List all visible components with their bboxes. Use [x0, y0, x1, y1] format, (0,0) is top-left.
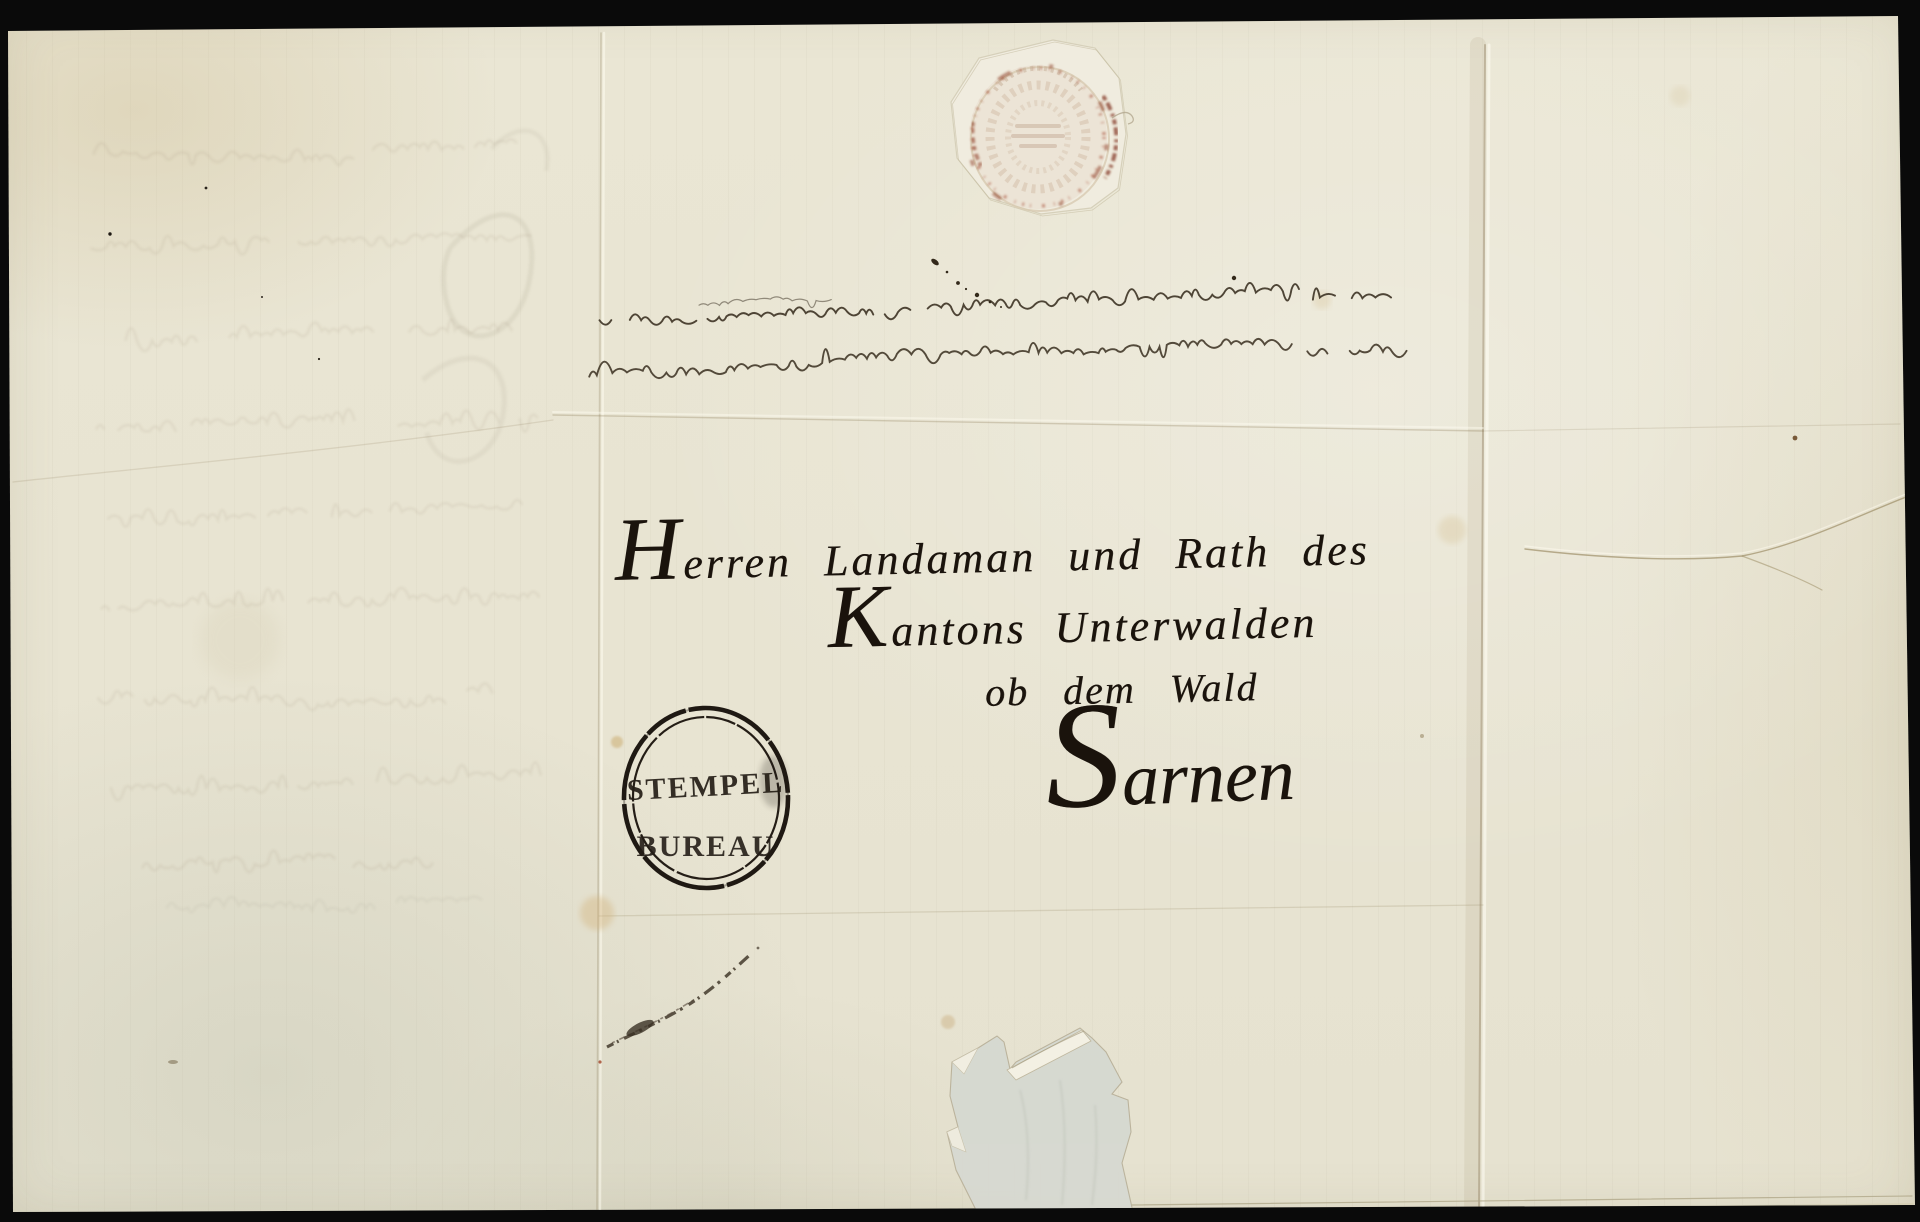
ghost-script-line [126, 318, 512, 351]
ghost-script-line [167, 893, 481, 916]
ghost-script-line [108, 500, 522, 527]
foxing-spot [941, 1015, 955, 1029]
fold-crease-horizontal-top-highlight [553, 412, 1483, 428]
ink-spatter-blob [930, 257, 940, 266]
ink-spatter-dot [946, 271, 949, 274]
fold-crease-horizontal-top-right [1483, 424, 1900, 431]
ghost-flourish [423, 358, 506, 462]
postmark-text-bureau: BUREAU [637, 830, 776, 863]
stacked-sheet-edge-1 [1130, 1196, 1912, 1205]
foxing-spot [580, 896, 614, 930]
ghost-flourish [442, 214, 533, 336]
tear-patch [947, 1028, 1133, 1212]
seal-text-line [1019, 144, 1057, 148]
ghost-script-line [143, 848, 433, 874]
note-line-2 [589, 331, 1407, 383]
ink-spatter-dot [1000, 306, 1002, 308]
tear-crease-right-highlight [1525, 494, 1906, 556]
paper-speck [318, 358, 320, 360]
tear-crease-right-branch [1742, 556, 1822, 590]
ink-smear-stroke [612, 999, 695, 1043]
stacked-sheet-edge-2 [1150, 1204, 1913, 1212]
postmark-text-stempel: STEMPEL [626, 766, 785, 807]
foxing-spot [611, 736, 623, 748]
paper-speck [1420, 734, 1424, 738]
note-line-1 [599, 278, 1391, 328]
wax-seal-wafer [945, 40, 1133, 231]
ink-smear-blotch [624, 1017, 655, 1040]
note-line-1-overstroke [699, 295, 832, 311]
foxing-spot [1670, 86, 1690, 106]
paper-speck [1793, 436, 1798, 441]
postmark-stamp: STEMPEL BUREAU [618, 702, 795, 893]
paper-speck [168, 1060, 178, 1064]
scanned-letter-photo: Herren Landaman und Rath des Kantons Unt… [0, 0, 1920, 1222]
inverted-note [587, 277, 1407, 382]
seal-text-line [1011, 134, 1065, 138]
ghost-script-line [111, 762, 541, 800]
paper-speck [261, 296, 263, 298]
paper-speck [108, 232, 111, 235]
ghost-script-line [102, 584, 539, 611]
seal-text-line [1015, 124, 1061, 128]
fold-crease-vertical-right-shadow [1472, 45, 1478, 1212]
ink-spatter-dot [989, 301, 992, 304]
ghost-script-line [94, 136, 517, 169]
ghost-script-line [96, 406, 537, 439]
fold-crease-left-diagonal [13, 420, 553, 482]
ink-spatter-dot [965, 288, 967, 290]
fold-crease-horizontal-bottom [599, 905, 1483, 916]
ink-spatter-dot [956, 281, 960, 285]
ghost-flourish [492, 130, 548, 171]
foxing-spot [1438, 516, 1466, 544]
paper-artwork-layer: STEMPEL BUREAU [0, 0, 1920, 1222]
tear-crease-right-edge [1525, 497, 1906, 559]
foxing-stains [108, 86, 1797, 1064]
ink-smear [598, 947, 759, 1064]
foxing-spot [200, 600, 280, 680]
paper-speck [205, 187, 208, 190]
letter-paper: Herren Landaman und Rath des Kantons Unt… [0, 0, 1920, 1222]
fold-creases [13, 33, 1913, 1212]
ink-smear-dot [757, 947, 760, 950]
ink-spatter-dot [1232, 276, 1236, 280]
ink-spatter-dot [975, 293, 979, 297]
red-fleck [598, 1060, 601, 1063]
ghost-script-line [98, 683, 492, 714]
ghost-writing [89, 130, 561, 917]
fold-crease-horizontal-top [553, 415, 1483, 431]
